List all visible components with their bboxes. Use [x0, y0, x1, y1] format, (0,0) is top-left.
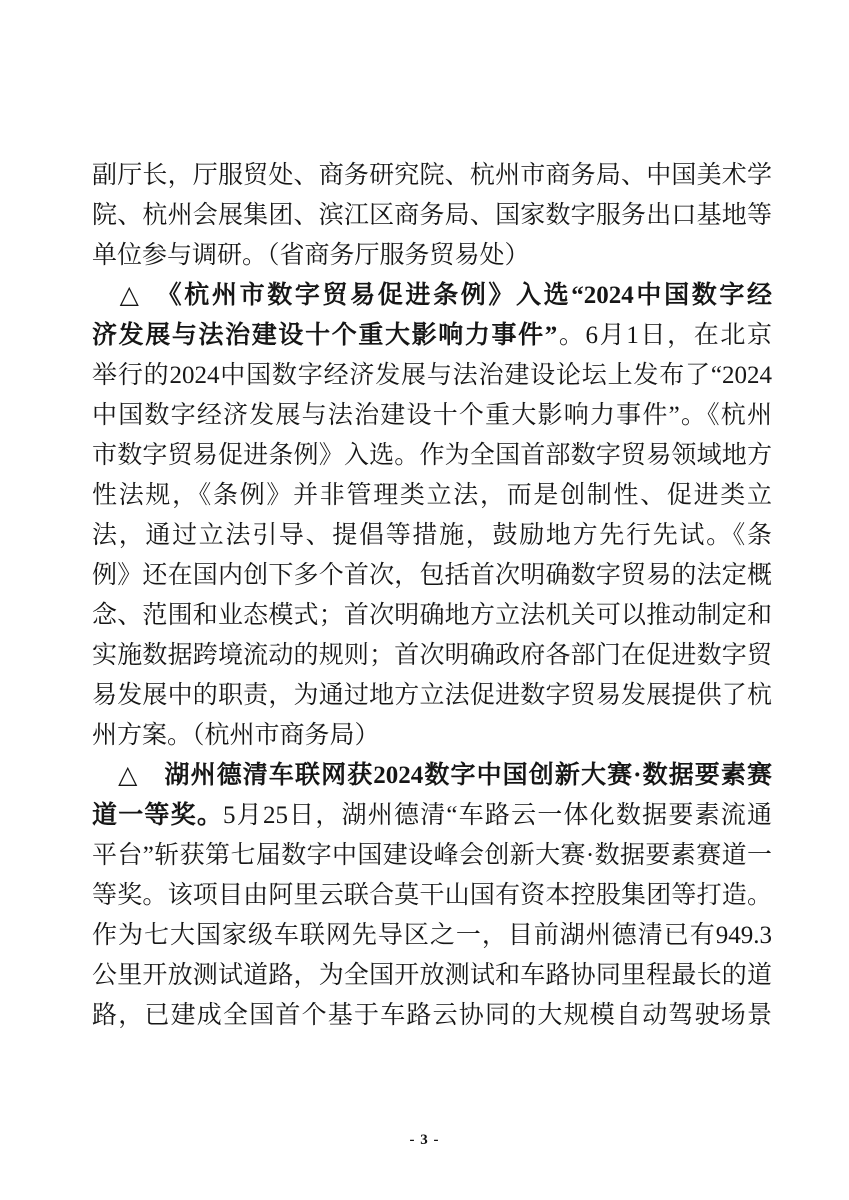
paragraph: △ 《杭州市数字贸易促进条例》入选“2024中国数字经济发展与法治建设十个重大影…	[92, 276, 772, 756]
text-line: 等奖。该项目由阿里云联合莫干山国有资本控股集团等打造。	[92, 876, 772, 916]
body-text: 举行的2024中国数字经济发展与法治建设论坛上发布了“2024	[92, 362, 772, 389]
body-text: 州方案。（杭州市商务局）	[92, 722, 380, 749]
text-line: 实施数据跨境流动的规则；首次明确政府各部门在促进数字贸	[92, 636, 772, 676]
text-line: 作为七大国家级车联网先导区之一，目前湖州德清已有949.3	[92, 916, 772, 956]
bold-text: △ 《杭州市数字贸易促进条例》入选“2024中国数字经	[92, 282, 772, 309]
body-text: 路，已建成全国首个基于车路云协同的大规模自动驾驶场景	[92, 1002, 772, 1029]
body-text: 。6月1日，在北京	[557, 322, 772, 349]
body-text: 实施数据跨境流动的规则；首次明确政府各部门在促进数字贸	[92, 642, 772, 669]
body-text: 市数字贸易促进条例》入选。作为全国首部数字贸易领域地方	[92, 442, 772, 469]
text-line: 易发展中的职责，为通过地方立法促进数字贸易发展提供了杭	[92, 676, 772, 716]
bold-text: 道一等奖。	[92, 802, 223, 829]
body-text: 例》还在国内创下多个首次，包括首次明确数字贸易的法定概	[92, 562, 772, 589]
text-line: 单位参与调研。（省商务厅服务贸易处）	[92, 236, 772, 276]
body-text: 法，通过立法引导、提倡等措施，鼓励地方先行先试。《条	[92, 522, 772, 549]
bold-text: △ 湖州德清车联网获2024数字中国创新大赛·数据要素赛	[92, 762, 772, 789]
text-line: 州方案。（杭州市商务局）	[92, 716, 772, 756]
body-text: 平台”斩获第七届数字中国建设峰会创新大赛·数据要素赛道一	[92, 842, 772, 869]
paragraph: 副厅长，厅服贸处、商务研究院、杭州市商务局、中国美术学院、杭州会展集团、滨江区商…	[92, 156, 772, 276]
text-line: 副厅长，厅服贸处、商务研究院、杭州市商务局、中国美术学	[92, 156, 772, 196]
document-page: 副厅长，厅服贸处、商务研究院、杭州市商务局、中国美术学院、杭州会展集团、滨江区商…	[0, 0, 849, 1200]
body-text: 性法规，《条例》并非管理类立法，而是创制性、促进类立	[92, 482, 772, 509]
body-text: 念、范围和业态模式；首次明确地方立法机关可以推动制定和	[92, 602, 772, 629]
text-line: 市数字贸易促进条例》入选。作为全国首部数字贸易领域地方	[92, 436, 772, 476]
body-text: 易发展中的职责，为通过地方立法促进数字贸易发展提供了杭	[92, 682, 772, 709]
body-text: 院、杭州会展集团、滨江区商务局、国家数字服务出口基地等	[92, 202, 772, 229]
text-line: 念、范围和业态模式；首次明确地方立法机关可以推动制定和	[92, 596, 772, 636]
text-line: 路，已建成全国首个基于车路云协同的大规模自动驾驶场景	[92, 996, 772, 1036]
body-text: 单位参与调研。（省商务厅服务贸易处）	[92, 242, 530, 269]
text-line: △ 湖州德清车联网获2024数字中国创新大赛·数据要素赛	[92, 756, 772, 796]
paragraph: △ 湖州德清车联网获2024数字中国创新大赛·数据要素赛道一等奖。5月25日，湖…	[92, 756, 772, 1036]
body-text: 5月25日，湖州德清“车路云一体化数据要素流通	[223, 802, 772, 829]
text-line: 例》还在国内创下多个首次，包括首次明确数字贸易的法定概	[92, 556, 772, 596]
document-body: 副厅长，厅服贸处、商务研究院、杭州市商务局、中国美术学院、杭州会展集团、滨江区商…	[92, 156, 772, 1036]
page-number: - 3 -	[0, 1132, 849, 1149]
body-text: 中国数字经济发展与法治建设十个重大影响力事件”。《杭州	[92, 402, 772, 429]
text-line: 济发展与法治建设十个重大影响力事件”。6月1日，在北京	[92, 316, 772, 356]
body-text: 副厅长，厅服贸处、商务研究院、杭州市商务局、中国美术学	[92, 162, 772, 189]
text-line: 平台”斩获第七届数字中国建设峰会创新大赛·数据要素赛道一	[92, 836, 772, 876]
body-text: 作为七大国家级车联网先导区之一，目前湖州德清已有949.3	[92, 922, 772, 949]
text-line: 中国数字经济发展与法治建设十个重大影响力事件”。《杭州	[92, 396, 772, 436]
text-line: 道一等奖。5月25日，湖州德清“车路云一体化数据要素流通	[92, 796, 772, 836]
text-line: 公里开放测试道路，为全国开放测试和车路协同里程最长的道	[92, 956, 772, 996]
text-line: 院、杭州会展集团、滨江区商务局、国家数字服务出口基地等	[92, 196, 772, 236]
body-text: 公里开放测试道路，为全国开放测试和车路协同里程最长的道	[92, 962, 772, 989]
text-line: 举行的2024中国数字经济发展与法治建设论坛上发布了“2024	[92, 356, 772, 396]
bold-text: 济发展与法治建设十个重大影响力事件”	[92, 322, 557, 349]
body-text: 等奖。该项目由阿里云联合莫干山国有资本控股集团等打造。	[92, 882, 772, 909]
text-line: 法，通过立法引导、提倡等措施，鼓励地方先行先试。《条	[92, 516, 772, 556]
text-line: 性法规，《条例》并非管理类立法，而是创制性、促进类立	[92, 476, 772, 516]
text-line: △ 《杭州市数字贸易促进条例》入选“2024中国数字经	[92, 276, 772, 316]
